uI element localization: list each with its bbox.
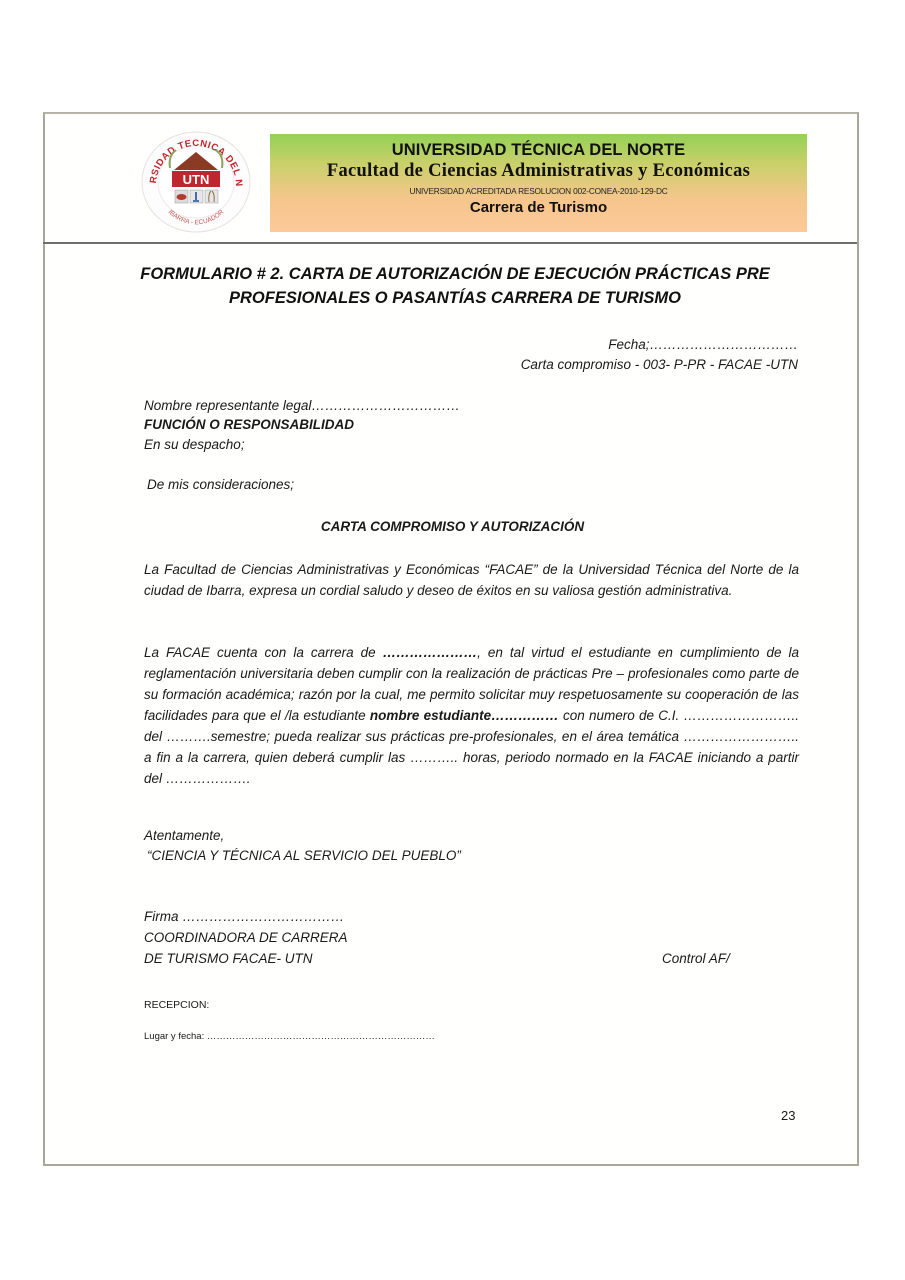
greeting: De mis consideraciones; xyxy=(147,477,294,492)
university-name: UNIVERSIDAD TÉCNICA DEL NORTE xyxy=(270,141,807,160)
header-divider xyxy=(43,242,857,244)
date-line: Fecha;…………………………… xyxy=(608,337,798,352)
form-title: FORMULARIO # 2. CARTA DE AUTORIZACIÓN DE… xyxy=(110,262,800,310)
signature-line: Firma ……………………………… xyxy=(144,909,344,924)
svg-text:UTN: UTN xyxy=(183,172,210,187)
reference-code: Carta compromiso - 003- P-PR - FACAE -UT… xyxy=(521,357,798,372)
paragraph-intro: La Facultad de Ciencias Administrativas … xyxy=(144,559,799,601)
recipient-role: FUNCIÓN O RESPONSABILIDAD xyxy=(144,417,354,432)
letter-subject: CARTA COMPROMISO Y AUTORIZACIÓN xyxy=(0,519,905,534)
place-date-line: Lugar y fecha: ……………………………………………………………… xyxy=(144,1031,435,1042)
signer-title-2: DE TURISMO FACAE- UTN xyxy=(144,951,313,966)
page-number: 23 xyxy=(781,1108,795,1123)
paragraph-request: La FACAE cuenta con la carrera de ………………… xyxy=(144,642,799,789)
motto: “CIENCIA Y TÉCNICA AL SERVICIO DEL PUEBL… xyxy=(147,848,461,863)
utn-seal-icon: UNIVERSIDAD TECNICA DEL NORTE IBARRA - E… xyxy=(138,128,254,234)
reception-label: RECEPCION: xyxy=(144,999,209,1011)
student-name-blank: nombre estudiante…………… xyxy=(370,708,559,723)
recipient-office: En su despacho; xyxy=(144,437,245,452)
career-blank: ………………… xyxy=(383,645,478,660)
accreditation-text: UNIVERSIDAD ACREDITADA RESOLUCION 002-CO… xyxy=(270,186,807,196)
career-name: Carrera de Turismo xyxy=(270,199,807,216)
form-title-line-1: FORMULARIO # 2. CARTA DE AUTORIZACIÓN DE… xyxy=(110,262,800,286)
signer-title-1: COORDINADORA DE CARRERA xyxy=(144,930,348,945)
faculty-name: Facultad de Ciencias Administrativas y E… xyxy=(270,161,807,182)
header-banner: UNIVERSIDAD TÉCNICA DEL NORTE Facultad d… xyxy=(270,134,807,232)
form-title-line-2: PROFESIONALES O PASANTÍAS CARRERA DE TUR… xyxy=(110,286,800,310)
control-code: Control AF/ xyxy=(662,951,730,966)
closing: Atentamente, xyxy=(144,828,224,843)
recipient-name: Nombre representante legal…………………………… xyxy=(144,398,460,413)
